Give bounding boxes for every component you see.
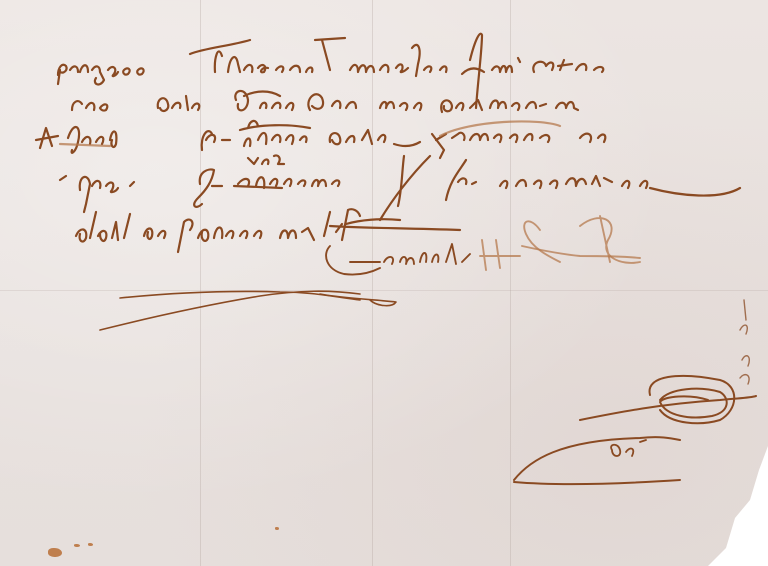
handwriting-line-4 [60, 155, 740, 220]
handwriting-line-3 [36, 121, 605, 158]
handwriting-line-2 [72, 91, 578, 112]
handwriting-strokes [0, 0, 768, 566]
handwriting-line-1 [58, 34, 603, 108]
main-signature [326, 216, 640, 275]
handwriting-line-5 [76, 209, 460, 252]
rubric-strokes [100, 291, 396, 330]
margin-note [740, 300, 749, 384]
manuscript-page: palacios Fulano dos maestre que mi dicho… [0, 0, 768, 566]
lower-right-rubric [514, 376, 756, 484]
